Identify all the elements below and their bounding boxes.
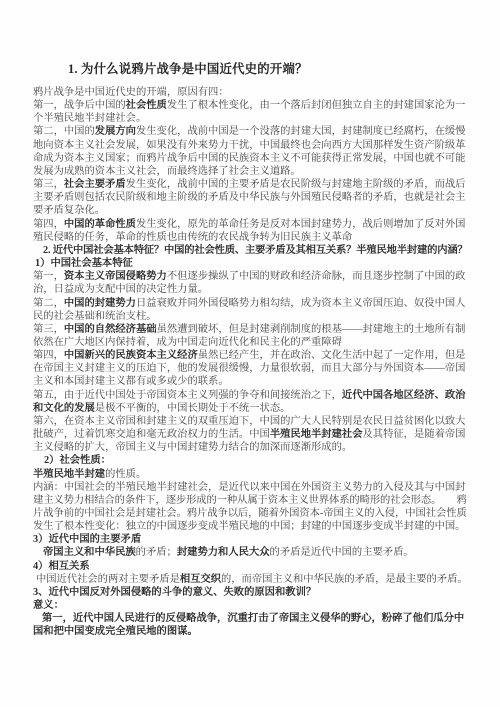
text-run: 日益衰败并同外国侵略势力相勾结，成为资本主义帝国压迫、奴役中国人 (136, 298, 466, 309)
text-line: 中国近代社会的两对主要矛盾是相互交织的，而帝国主义和中华民族的矛盾，是最主要的矛… (33, 573, 467, 586)
emphasis-text-run: 半殖民地半封建 (33, 469, 105, 480)
emphasis-text-run: 中国的封建势力 (64, 298, 136, 309)
text-line: 4）相互关系 (33, 560, 467, 573)
text-line: 和文化的发展是极不平衡的，中国长期处于不统一状态。 (33, 402, 467, 415)
text-run: 中国近代社会的两对主要矛盾是 (36, 574, 180, 585)
emphasis-text-run: 发展方向 (95, 126, 136, 137)
emphasis-text-run: 意义： (33, 600, 64, 611)
text-run: 建主义势力相结合的条件下，逐步形成的一种从属于资本主义世界体系的畸形的社会形态。… (33, 495, 467, 506)
text-run: 的矛盾； (136, 547, 177, 558)
text-line: 3、近代中国反对外国侵略的斗争的意义、失败的原因和教训？ (33, 586, 467, 599)
text-run: 发展为成熟的资本主义社会，而最终选择了社会主义道路。 (33, 166, 301, 177)
emphasis-text-run: 近代中国各地区经济、政治 (342, 390, 466, 401)
text-line: 依然在广大地区内保持着，成为中国走向近代化和民主化的严重障碍 (33, 336, 467, 349)
text-line: 在帝国主义封建主义的压迫下，他的发展很缓慢，力量很软弱，而且大部分与外国资本——… (33, 362, 467, 375)
text-run: 不但逐步操纵了中国的财政和经济命脉，而且逐步控制了中国的政 (167, 271, 466, 282)
text-line: 第四，中国的革命性质发生变化，原先的革命任务是反对本国封建势力，战后则增加了反对… (33, 218, 467, 231)
text-line: 国和把中国变成完全殖民地的图谋。 (33, 625, 467, 638)
text-line: 第三，社会主要矛盾发生变化，战前中国的主要矛盾是农民阶级与封建地主阶级的矛盾，而… (33, 178, 467, 191)
text-run: 第四， (33, 350, 64, 361)
text-run: 主义和本国封建主义都有或多或少的联系。 (33, 376, 229, 387)
text-run: 第三， (33, 324, 64, 335)
text-run: 的，而帝国主义和中华民族的矛盾，是最主要的矛盾。 (221, 574, 468, 585)
emphasis-text-run: 2）社会性质： (44, 455, 111, 466)
emphasis-text-run: 中国的革命性质 (64, 219, 136, 230)
text-run: 虽然已经产生，并在政治、文化生活中起了一定作用，但是 (198, 350, 466, 361)
text-run: 第一，战争后中国的 (33, 100, 126, 111)
text-run: 虽然遭到破坏，但是封建剥削制度的根基——封建地主的土地所有制 (157, 324, 466, 335)
text-run: 在帝国主义封建主义的压迫下，他的发展很缓慢，力量很软弱，而且大部分与外国资本——… (33, 363, 465, 374)
text-run: 发生变化，战前中国是一个没落的封建大国，封建制度已经腐朽，在缓慢 (136, 126, 466, 137)
text-run: 个半殖民地半封建社会。 (33, 113, 146, 124)
text-line: 帝国主义和中华民族的矛盾；封建势力和人民大众的矛盾是近代中国的主要矛盾。 (33, 546, 467, 559)
text-line: 第一，战争后中国的社会性质发生了根本性变化，由一个落后封闭但独立自主的封建国家沦… (33, 99, 467, 112)
text-run: 发生了根本性变化，由一个落后封闭但独立自主的封建国家沦为一 (167, 100, 466, 111)
text-line: 民的社会基础和统治支柱。 (33, 310, 467, 323)
text-run: 第六，在资本主义帝国和封建主义的双重压迫下，中国的广大人民特别是农民日益贫困化以… (33, 416, 465, 427)
text-run: 片战争前的中国社会是封建社会。鸦片战争以后，随着外国资本-帝国主义的入侵，中国社… (33, 508, 467, 519)
emphasis-text-run: 4）相互关系 (33, 561, 90, 572)
document-page: 1. 为什么说鸦片战争是中国近代史的开端？ 鸦片战争是中国近代史的开端，原因有四… (0, 0, 500, 707)
emphasis-text-run: 中国新兴的民族资本主义经济 (64, 350, 198, 361)
text-line: 殖民侵略的任务，革命的性质也由传统的农民战争转为旧民族主义革命 (33, 231, 467, 244)
emphasis-text-run: 半殖民地半封建社会 (270, 429, 363, 440)
text-line: 第三，中国的自然经济基础虽然遭到破坏，但是封建剥削制度的根基——封建地主的土地所… (33, 323, 467, 336)
text-run: 命成为资本主义国家；而鸦片战争后中国的民族资本主义不可能获得正常发展，中国也就不… (33, 153, 465, 164)
text-run: 治，日益成为支配中国的决定性力量。 (33, 284, 208, 295)
text-run: 民的社会基础和统治支柱。 (33, 311, 157, 322)
document-title: 1. 为什么说鸦片战争是中国近代史的开端？ (68, 59, 308, 77)
emphasis-text-run: 社会性质 (126, 100, 167, 111)
text-line: 治，日益成为支配中国的决定性力量。 (33, 283, 467, 296)
text-run: 第四， (33, 219, 64, 230)
text-line: 第六，在资本主义帝国和封建主义的双重压迫下，中国的广大人民特别是农民日益贫困化以… (33, 415, 467, 428)
text-run: 发生变化，原先的革命任务是反对本国封建势力，战后则增加了反对外国 (136, 219, 466, 230)
text-run: 第二，中国的 (33, 126, 95, 137)
emphasis-text-run: 社会主要矛盾 (64, 179, 126, 190)
text-run: 是极不平衡的，中国长期处于不统一状态。 (95, 403, 291, 414)
emphasis-text-run: 2. 近代中国社会基本特征？中国的社会性质、主要矛盾及其相互关系？半殖民地半封建… (43, 245, 468, 256)
text-run: 内涵：中国社会的半殖民地半封建社会，是近代以来中国在外国资主义势力的入侵及其与中… (33, 482, 465, 493)
text-run: 第三， (33, 179, 64, 190)
emphasis-text-run: 第一，近代中国人民进行的反侵略战争，沉重打击了帝国主义侵华的野心，粉碎了他们瓜分… (42, 613, 464, 624)
emphasis-text-run: 国和把中国变成完全殖民地的图谋。 (33, 626, 198, 637)
text-line: 第一，近代中国人民进行的反侵略战争，沉重打击了帝国主义侵华的野心，粉碎了他们瓜分… (33, 612, 467, 625)
text-run: 殖民侵略的任务，革命的性质也由传统的农民战争转为旧民族主义革命 (33, 232, 352, 243)
text-line: 批破产，过着饥寒交迫和毫无政治权力的生活。中国半殖民地半封建社会及其特征，是随着… (33, 428, 467, 441)
text-run: 要矛盾复杂化。 (33, 205, 105, 216)
text-line: 第二，中国的发展方向发生变化，战前中国是一个没落的封建大国，封建制度已经腐朽，在… (33, 125, 467, 138)
text-run: 批破产，过着饥寒交迫和毫无政治权力的生活。中国 (33, 429, 270, 440)
emphasis-text-run: 中国的自然经济基础 (64, 324, 157, 335)
text-line: 第一，资本主义帝国侵略势力不但逐步操纵了中国的财政和经济命脉，而且逐步控制了中国… (33, 270, 467, 283)
text-run: 依然在广大地区内保持着，成为中国走向近代化和民主化的严重障碍 (33, 337, 342, 348)
text-line: 意义： (33, 599, 467, 612)
text-line: 片战争前的中国社会是封建社会。鸦片战争以后，随着外国资本-帝国主义的入侵，中国社… (33, 507, 467, 520)
emphasis-text-run: 1）中国社会基本特征 (35, 258, 133, 269)
emphasis-text-run: 帝国主义和中华民族 (43, 547, 136, 558)
text-line: 发生了根本性变化：独立的中国逐步变成半殖民地的中国；封建的中国逐步变成半封建的中… (33, 520, 467, 533)
text-run: 的矛盾是近代中国的主要矛盾。 (270, 547, 414, 558)
emphasis-text-run: 3）近代中国的主要矛盾 (33, 534, 141, 545)
text-run: 的性质。 (105, 469, 146, 480)
emphasis-text-run: 3、近代中国反对外国侵略的斗争的意义、失败的原因和教训？ (33, 587, 316, 598)
text-line: 主要矛盾则包括农民阶级和地主阶级的矛盾及中华民族与外国殖民侵略者的矛盾，也就是社… (33, 191, 467, 204)
text-run: 鸦片战争是中国近代史的开端，原因有四： (33, 87, 229, 98)
text-line: 建主义势力相结合的条件下，逐步形成的一种从属于资本主义世界体系的畸形的社会形态。… (33, 494, 467, 507)
emphasis-text-run: 和文化的发展 (33, 403, 95, 414)
text-line: 第四，中国新兴的民族资本主义经济虽然已经产生，并在政治、文化生活中起了一定作用，… (33, 349, 467, 362)
emphasis-text-run: 资本主义帝国侵略势力 (64, 271, 167, 282)
text-run: 第二， (33, 298, 64, 309)
text-line: 半殖民地半封建的性质。 (33, 468, 467, 481)
text-run: 地向资本主义社会发展，如果没有外来势力干扰，中国最终也会向西方大国那样发生资产阶… (33, 140, 465, 151)
text-line: 发展为成熟的资本主义社会，而最终选择了社会主义道路。 (33, 165, 467, 178)
text-line: 要矛盾复杂化。 (33, 204, 467, 217)
text-line: 主义和本国封建主义都有或多或少的联系。 (33, 375, 467, 388)
text-line: 3）近代中国的主要矛盾 (33, 533, 467, 546)
text-line: 内涵：中国社会的半殖民地半封建社会，是近代以来中国在外国资主义势力的入侵及其与中… (33, 481, 467, 494)
text-line: 地向资本主义社会发展，如果没有外来势力干扰，中国最终也会向西方大国那样发生资产阶… (33, 139, 467, 152)
text-run: 主义侵略的扩大，帝国主义与中国封建势力结合的加深而逐渐形成的。 (33, 442, 352, 453)
document-body: 鸦片战争是中国近代史的开端，原因有四：第一，战争后中国的社会性质发生了根本性变化… (33, 86, 467, 639)
text-run: 第五，由于近代中国处于帝国资本主义列强的争夺和间接统治之下， (33, 390, 342, 401)
emphasis-text-run: 相互交织 (180, 574, 221, 585)
text-line: 2. 近代中国社会基本特征？中国的社会性质、主要矛盾及其相互关系？半殖民地半封建… (33, 244, 467, 257)
text-run: 主要矛盾则包括农民阶级和地主阶级的矛盾及中华民族与外国殖民侵略者的矛盾，也就是社… (33, 192, 465, 203)
text-line: 命成为资本主义国家；而鸦片战争后中国的民族资本主义不可能获得正常发展，中国也就不… (33, 152, 467, 165)
text-line: 第二，中国的封建势力日益衰败并同外国侵略势力相勾结，成为资本主义帝国压迫、奴役中… (33, 297, 467, 310)
text-run: 发生了根本性变化：独立的中国逐步变成半殖民地的中国；封建的中国逐步变成半封建的中… (33, 521, 465, 532)
text-run: 发生变化，战前中国的主要矛盾是农民阶级与封建地主阶级的矛盾，而战后 (126, 179, 466, 190)
text-line: 个半殖民地半封建社会。 (33, 112, 467, 125)
text-run: 及其特征，是随着帝国 (363, 429, 466, 440)
text-run: 第一， (33, 271, 64, 282)
text-line: 主义侵略的扩大，帝国主义与中国封建势力结合的加深而逐渐形成的。 (33, 441, 467, 454)
text-line: 2）社会性质： (33, 454, 467, 467)
text-line: 1）中国社会基本特征 (33, 257, 467, 270)
text-line: 鸦片战争是中国近代史的开端，原因有四： (33, 86, 467, 99)
emphasis-text-run: 封建势力和人民大众 (177, 547, 270, 558)
text-line: 第五，由于近代中国处于帝国资本主义列强的争夺和间接统治之下，近代中国各地区经济、… (33, 389, 467, 402)
